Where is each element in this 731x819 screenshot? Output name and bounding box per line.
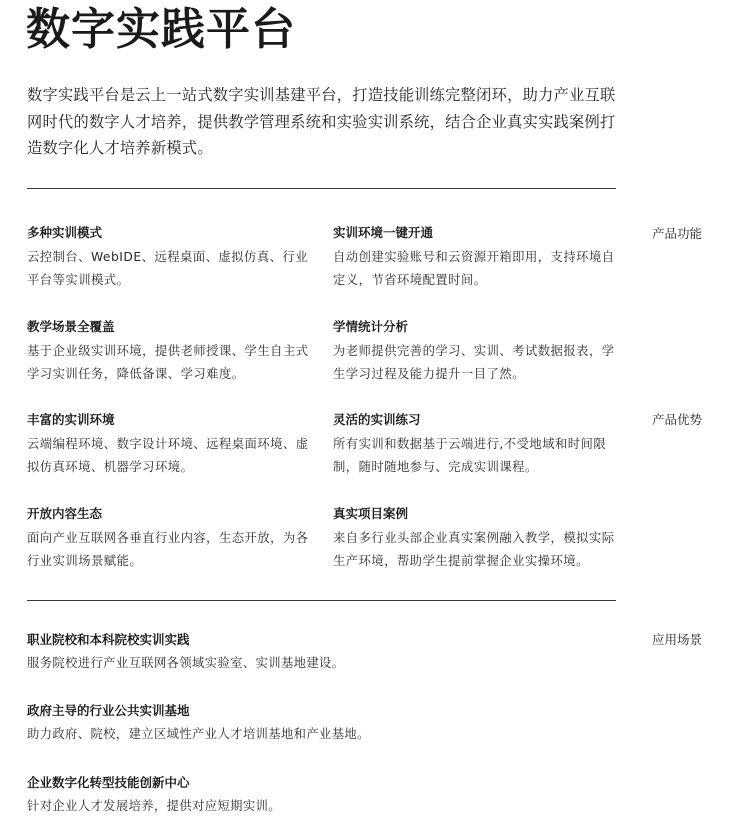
section-label-application-scenarios: 应用场景 bbox=[652, 632, 702, 648]
advantage-description: 所有实训和数据基于云端进行,不受地域和时间限制，随时随地参与、完成实训课程。 bbox=[333, 433, 623, 479]
scenario-title: 政府主导的行业公共实训基地 bbox=[27, 703, 587, 719]
advantage-description: 来自多行业头部企业真实案例融入教学，模拟实际生产环境，帮助学生提前掌握企业实操环… bbox=[333, 527, 623, 573]
section-label-product-features: 产品功能 bbox=[652, 226, 702, 242]
advantage-description: 面向产业互联网各垂直行业内容，生态开放，为各行业实训场景赋能。 bbox=[27, 527, 317, 573]
advantage-item: 灵活的实训练习 所有实训和数据基于云端进行,不受地域和时间限制，随时随地参与、完… bbox=[333, 412, 623, 479]
feature-description: 基于企业级实训环境，提供老师授课、学生自主式学习实训任务，降低备课、学习难度。 bbox=[27, 340, 317, 386]
scenario-item: 职业院校和本科院校实训实践 服务院校进行产业互联网各领域实验室、实训基地建设。 bbox=[27, 632, 587, 671]
divider-top bbox=[27, 188, 616, 189]
advantage-title: 灵活的实训练习 bbox=[333, 412, 623, 428]
feature-title: 学情统计分析 bbox=[333, 319, 623, 335]
divider-bottom bbox=[27, 600, 616, 601]
advantage-description: 云端编程环境、数字设计环境、远程桌面环境、虚拟仿真环境、机器学习环境。 bbox=[27, 433, 317, 479]
scenario-description: 服务院校进行产业互联网各领域实验室、实训基地建设。 bbox=[27, 655, 587, 671]
feature-item: 多种实训模式 云控制台、WebIDE、远程桌面、虚拟仿真、行业平台等实训模式。 bbox=[27, 225, 317, 292]
intro-paragraph: 数字实践平台是云上一站式数字实训基建平台，打造技能训练完整闭环，助力产业互联网时… bbox=[27, 82, 619, 162]
scenario-item: 企业数字化转型技能创新中心 针对企业人才发展培养，提供对应短期实训。 bbox=[27, 775, 587, 814]
advantage-item: 丰富的实训环境 云端编程环境、数字设计环境、远程桌面环境、虚拟仿真环境、机器学习… bbox=[27, 412, 317, 479]
feature-description: 云控制台、WebIDE、远程桌面、虚拟仿真、行业平台等实训模式。 bbox=[27, 246, 317, 292]
page-title: 数字实践平台 bbox=[26, 2, 296, 58]
feature-item: 学情统计分析 为老师提供完善的学习、实训、考试数据报表，学生学习过程及能力提升一… bbox=[333, 319, 623, 386]
scenario-title: 企业数字化转型技能创新中心 bbox=[27, 775, 587, 791]
feature-title: 教学场景全覆盖 bbox=[27, 319, 317, 335]
advantage-item: 真实项目案例 来自多行业头部企业真实案例融入教学，模拟实际生产环境，帮助学生提前… bbox=[333, 506, 623, 573]
scenario-item: 政府主导的行业公共实训基地 助力政府、院校，建立区域性产业人才培训基地和产业基地… bbox=[27, 703, 587, 742]
feature-description: 自动创建实验账号和云资源开箱即用，支持环境自定义，节省环境配置时间。 bbox=[333, 246, 623, 292]
advantage-title: 开放内容生态 bbox=[27, 506, 317, 522]
feature-description: 为老师提供完善的学习、实训、考试数据报表，学生学习过程及能力提升一目了然。 bbox=[333, 340, 623, 386]
feature-title: 实训环境一键开通 bbox=[333, 225, 623, 241]
scenario-description: 针对企业人才发展培养，提供对应短期实训。 bbox=[27, 798, 587, 814]
advantage-item: 开放内容生态 面向产业互联网各垂直行业内容，生态开放，为各行业实训场景赋能。 bbox=[27, 506, 317, 573]
feature-title: 多种实训模式 bbox=[27, 225, 317, 241]
section-label-product-advantages: 产品优势 bbox=[652, 412, 702, 428]
advantage-title: 真实项目案例 bbox=[333, 506, 623, 522]
feature-item: 教学场景全覆盖 基于企业级实训环境，提供老师授课、学生自主式学习实训任务，降低备… bbox=[27, 319, 317, 386]
advantage-title: 丰富的实训环境 bbox=[27, 412, 317, 428]
feature-item: 实训环境一键开通 自动创建实验账号和云资源开箱即用，支持环境自定义，节省环境配置… bbox=[333, 225, 623, 292]
scenario-title: 职业院校和本科院校实训实践 bbox=[27, 632, 587, 648]
scenario-description: 助力政府、院校，建立区域性产业人才培训基地和产业基地。 bbox=[27, 726, 587, 742]
